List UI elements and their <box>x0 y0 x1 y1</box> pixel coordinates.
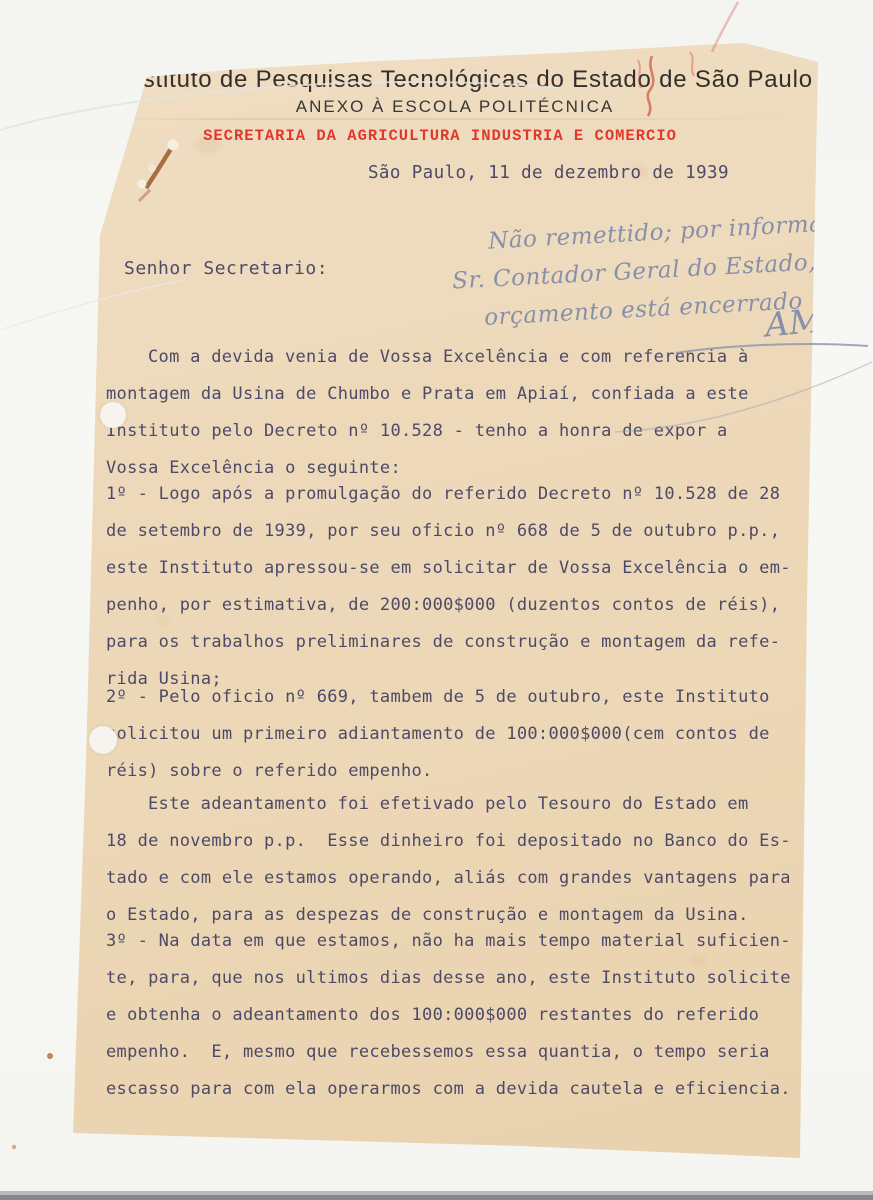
typewritten-line: Este adeantamento foi efetivado pelo Tes… <box>106 786 816 823</box>
salutation: Senhor Secretario: <box>124 258 328 279</box>
scan-edge-strip <box>0 1195 873 1200</box>
typewritten-line: 1º - Logo após a promulgação do referido… <box>106 476 816 513</box>
typewritten-line: empenho. E, mesmo que recebessemos essa … <box>106 1034 816 1071</box>
punch-hole <box>100 402 126 428</box>
typewritten-line: tado e com ele estamos operando, aliás c… <box>106 860 816 897</box>
letter-paper: Instituto de Pesquisas Tecnológicas do E… <box>0 0 873 1200</box>
typewritten-line: de setembro de 1939, por seu oficio nº 6… <box>106 513 816 550</box>
typewritten-line: Com a devida venia de Vossa Excelência e… <box>106 339 816 376</box>
paper-crease <box>95 118 810 120</box>
body-paragraph: Com a devida venia de Vossa Excelência e… <box>106 339 816 487</box>
dateline: São Paulo, 11 de dezembro de 1939 <box>368 163 729 183</box>
letterhead-secretariat-stamp: SECRETARIA DA AGRICULTURA INDUSTRIA E CO… <box>73 127 807 145</box>
typewritten-line: este Instituto apressou-se em solicitar … <box>106 550 816 587</box>
typewritten-line: solicitou um primeiro adiantamento de 10… <box>106 716 816 753</box>
typewritten-line: 2º - Pelo oficio nº 669, tambem de 5 de … <box>106 679 816 716</box>
body-paragraph: Este adeantamento foi efetivado pelo Tes… <box>106 786 816 934</box>
handwritten-initials: AM <box>763 301 824 345</box>
typewritten-line: 3º - Na data em que estamos, não ha mais… <box>106 923 816 960</box>
scanner-background: Instituto de Pesquisas Tecnológicas do E… <box>0 0 873 1200</box>
typewritten-line: te, para, que nos ultimos dias desse ano… <box>106 960 816 997</box>
rust-speck <box>12 1145 16 1149</box>
typewritten-line: 18 de novembro p.p. Esse dinheiro foi de… <box>106 823 816 860</box>
typewritten-line: escasso para com ela operarmos com a dev… <box>106 1071 816 1108</box>
rust-speck <box>47 1053 53 1059</box>
body-paragraph: 3º - Na data em que estamos, não ha mais… <box>106 923 816 1108</box>
typewritten-line: para os trabalhos preliminares de constr… <box>106 624 816 661</box>
typewritten-line: réis) sobre o referido empenho. <box>106 753 816 790</box>
typewritten-line: e obtenha o adeantamento dos 100:000$000… <box>106 997 816 1034</box>
letterhead-institute: Instituto de Pesquisas Tecnológicas do E… <box>100 66 834 94</box>
body-paragraph: 2º - Pelo oficio nº 669, tambem de 5 de … <box>106 679 816 790</box>
body-paragraph: 1º - Logo após a promulgação do referido… <box>106 476 816 698</box>
typewritten-line: Instituto pelo Decreto nº 10.528 - tenho… <box>106 413 816 450</box>
punch-hole <box>89 726 117 754</box>
typewritten-line: penho, por estimativa, de 200:000$000 (d… <box>106 587 816 624</box>
typewritten-line: montagem da Usina de Chumbo e Prata em A… <box>106 376 816 413</box>
letterhead-annex: ANEXO À ESCOLA POLITÉCNICA <box>88 97 822 117</box>
